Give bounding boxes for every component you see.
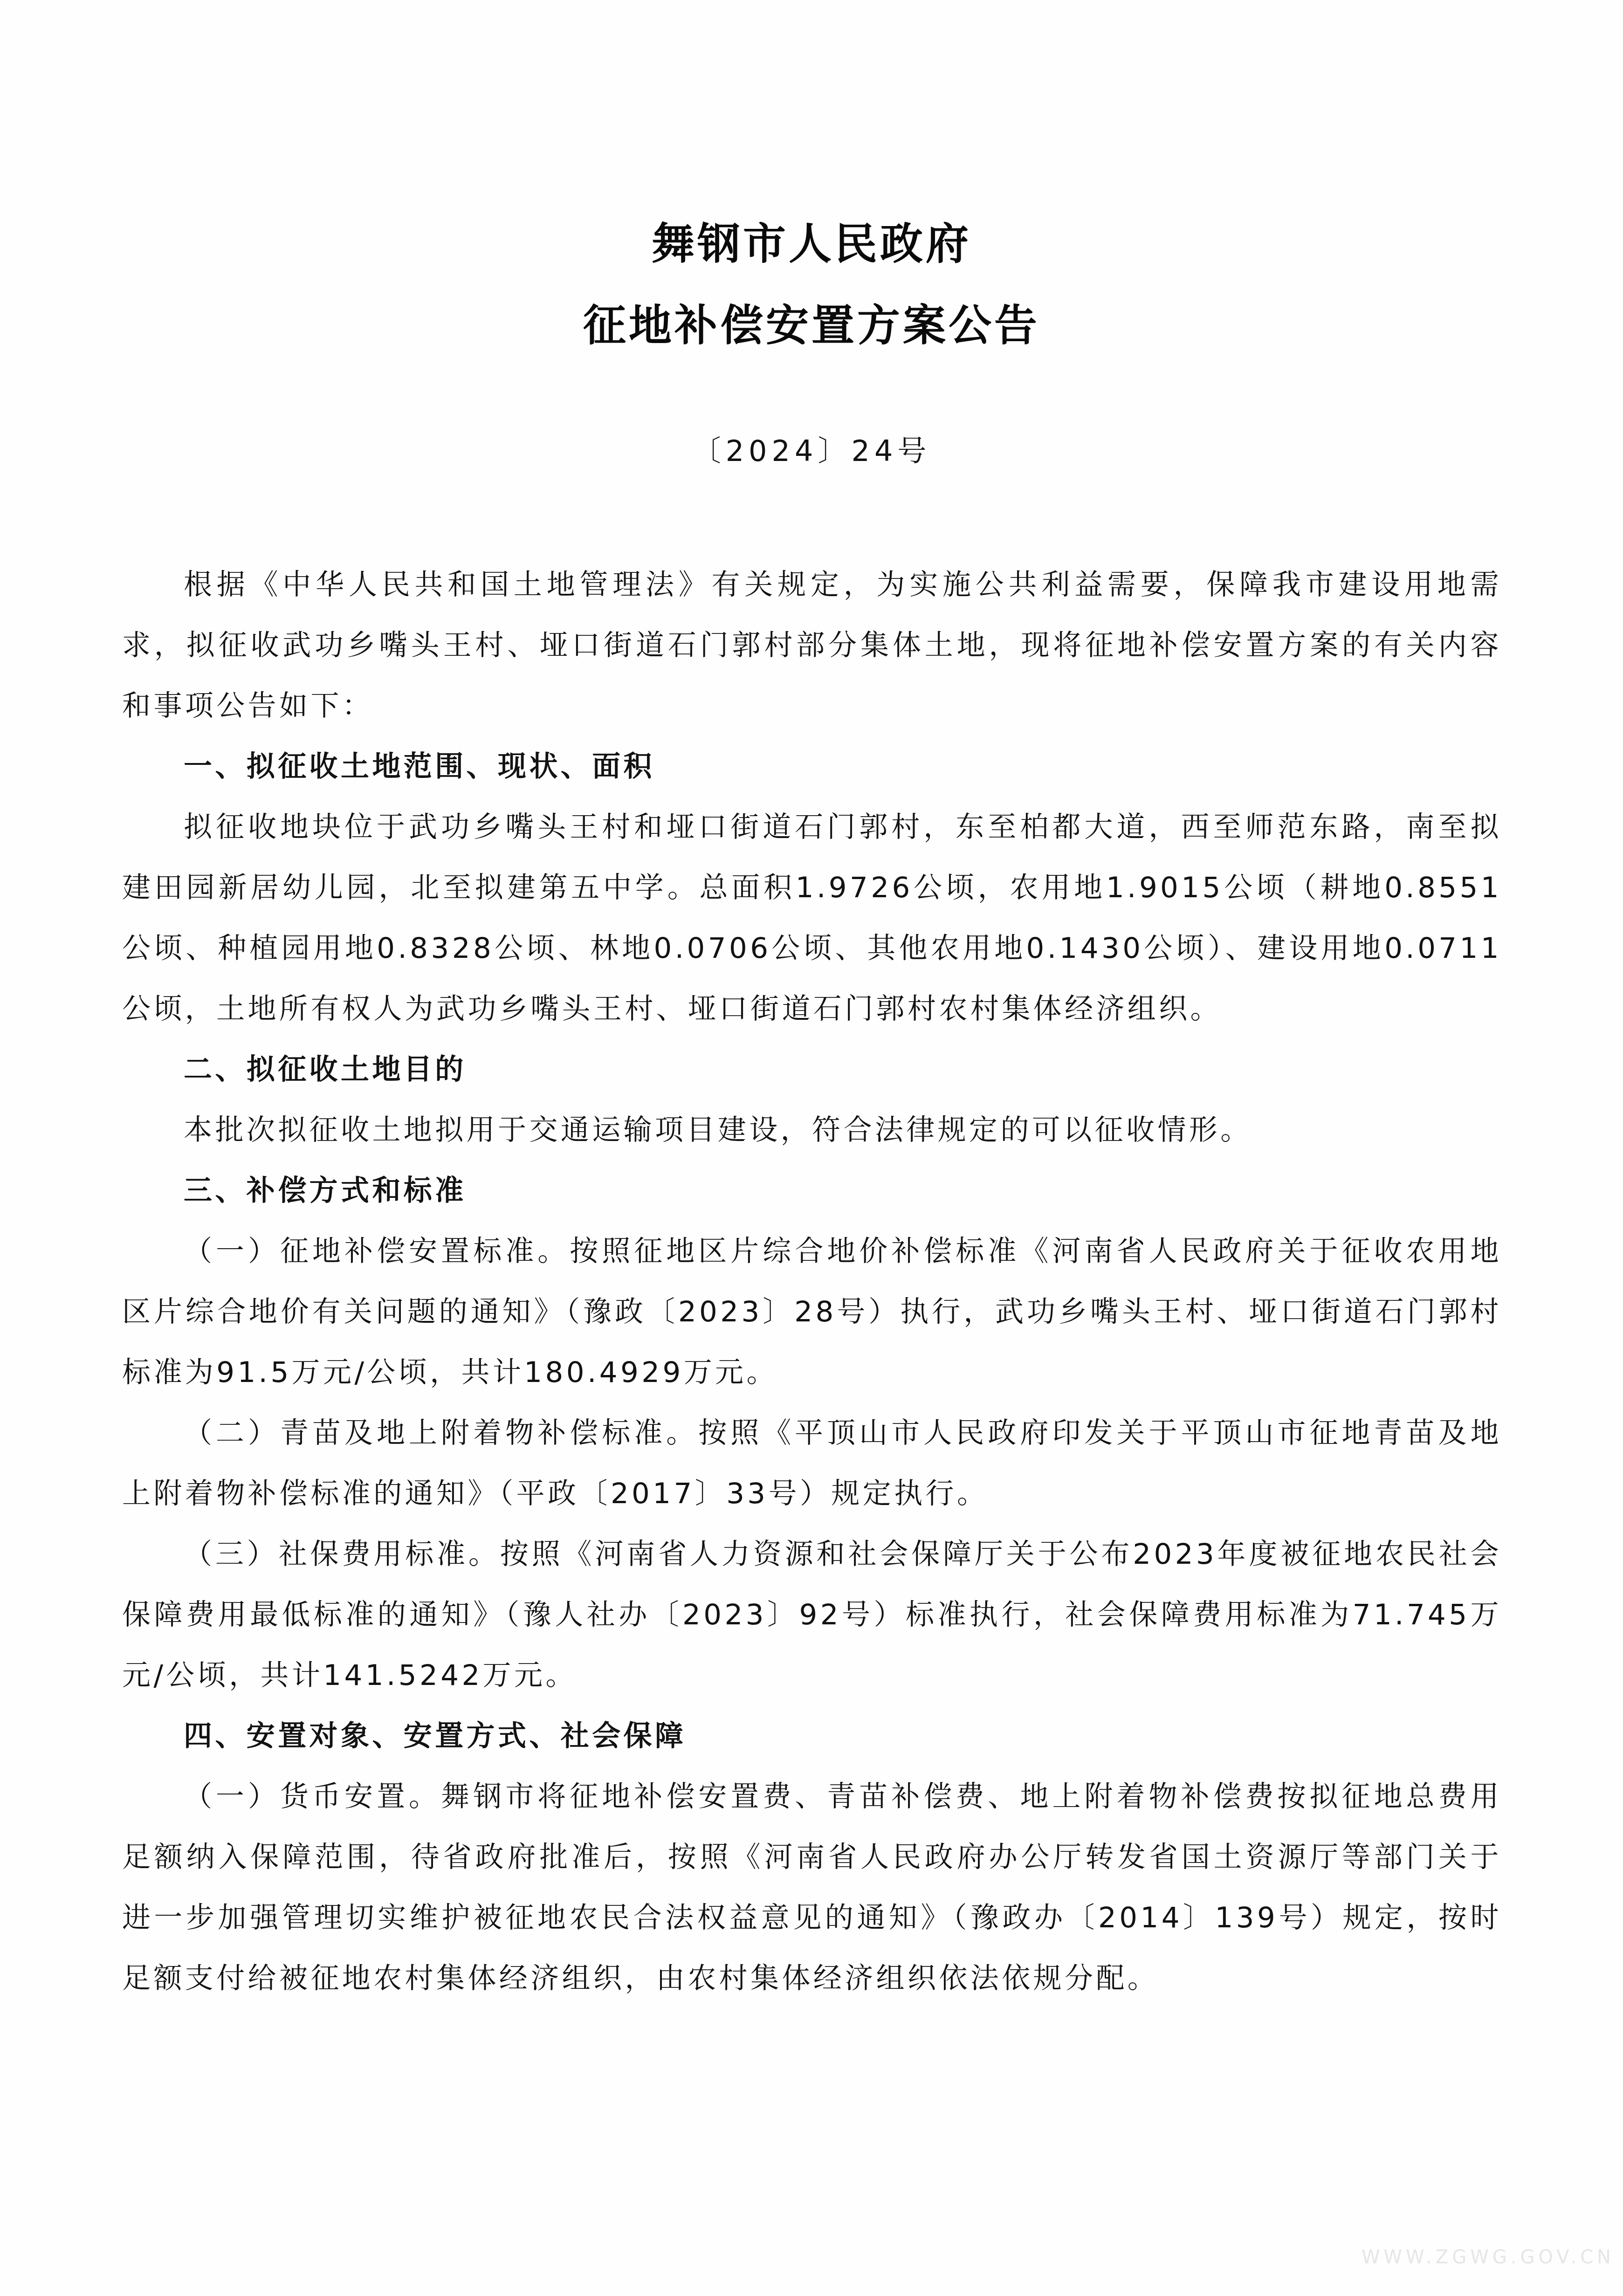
document-page: 舞钢市人民政府 征地补偿安置方案公告 〔2024〕24号 根据《中华人民共和国土… xyxy=(0,0,1623,2296)
section-2-paragraph: 本批次拟征收土地拟用于交通运输项目建设，符合法律规定的可以征收情形。 xyxy=(122,1100,1502,1161)
document-title: 征地补偿安置方案公告 xyxy=(0,291,1623,353)
issuer-title: 舞钢市人民政府 xyxy=(0,210,1623,271)
section-3-paragraph-3: （三）社保费用标准。按照《河南省人力资源和社会保障厅关于公布2023年度被征地农… xyxy=(122,1524,1502,1706)
section-heading-3: 三、补偿方式和标准 xyxy=(122,1161,1502,1221)
section-heading-4: 四、安置对象、安置方式、社会保障 xyxy=(122,1706,1502,1767)
section-heading-2: 二、拟征收土地目的 xyxy=(122,1039,1502,1100)
section-heading-1: 一、拟征收土地范围、现状、面积 xyxy=(122,736,1502,797)
site-watermark: WWW.ZGWG.GOV.CN xyxy=(1362,2247,1615,2268)
intro-paragraph: 根据《中华人民共和国土地管理法》有关规定，为实施公共利益需要，保障我市建设用地需… xyxy=(122,555,1502,736)
section-1-paragraph: 拟征收地块位于武功乡嘴头王村和垭口街道石门郭村，东至柏都大道，西至师范东路，南至… xyxy=(122,797,1502,1039)
document-body: 根据《中华人民共和国土地管理法》有关规定，为实施公共利益需要，保障我市建设用地需… xyxy=(122,555,1502,2009)
section-4-paragraph-1: （一）货币安置。舞钢市将征地补偿安置费、青苗补偿费、地上附着物补偿费按拟征地总费… xyxy=(122,1767,1502,2009)
section-3-paragraph-2: （二）青苗及地上附着物补偿标准。按照《平顶山市人民政府印发关于平顶山市征地青苗及… xyxy=(122,1403,1502,1524)
section-3-paragraph-1: （一）征地补偿安置标准。按照征地区片综合地价补偿标准《河南省人民政府关于征收农用… xyxy=(122,1221,1502,1403)
document-number: 〔2024〕24号 xyxy=(0,428,1623,469)
